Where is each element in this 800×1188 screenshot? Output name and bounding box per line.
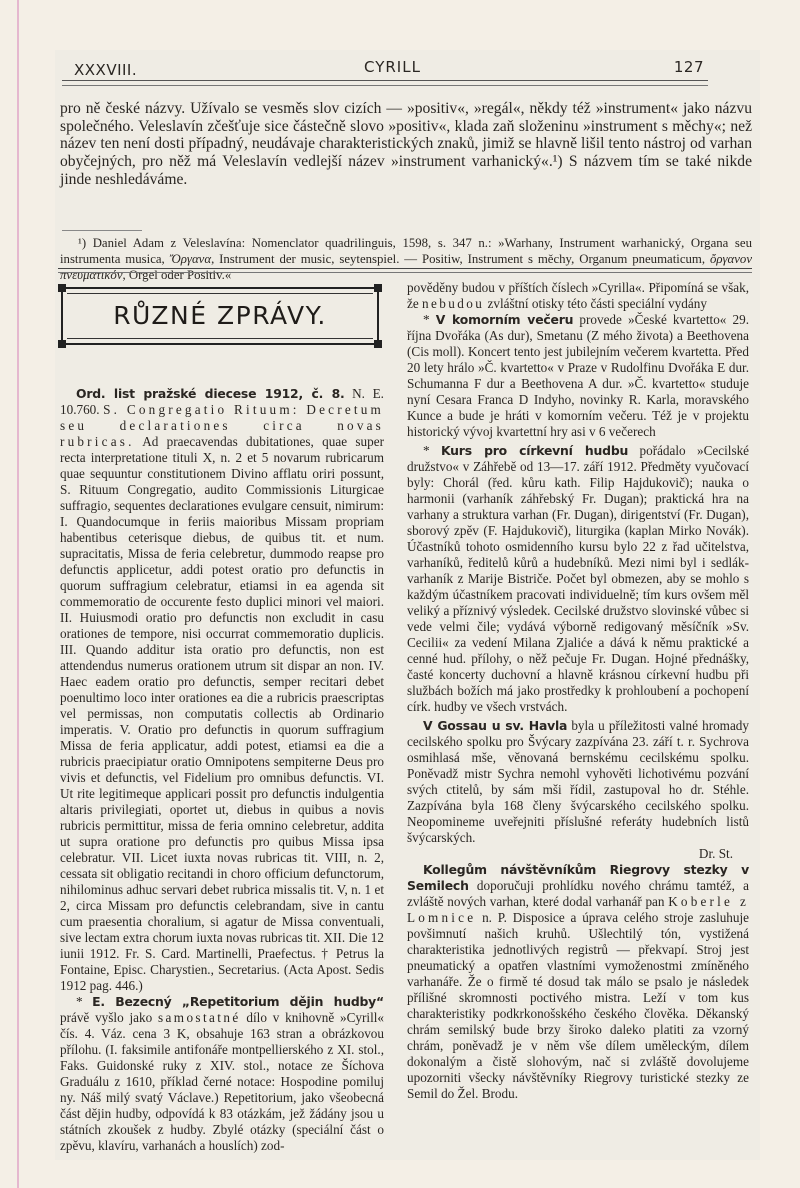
page-number: 127: [674, 58, 704, 76]
news-item-repetitorium: * E. Bezecný „Repetitorium dějin hudby“ …: [60, 994, 384, 1154]
section-title: RŮZNÉ ZPRÁVY.: [63, 301, 377, 330]
news-item-gossau: V Gossau u sv. Havla byla u příležitosti…: [407, 718, 749, 846]
news-item-decree: Ord. list pražské diecese 1912, č. 8. N.…: [60, 386, 384, 994]
section-divider: [58, 268, 752, 273]
running-header: XXXVIII. CYRILL 127: [62, 58, 708, 82]
footnote-divider: [62, 230, 142, 231]
box-inner-rule: [67, 338, 373, 339]
signature: Dr. St.: [407, 846, 749, 862]
corner-ornament: [374, 284, 382, 292]
footnote: ¹) Daniel Adam z Veleslavína: Nomenclato…: [60, 236, 752, 283]
item-heading: E. Bezecný „Repetitorium dějin hudby“: [92, 994, 384, 1009]
item-body: n. P. Disposice a úprava celého stroje z…: [407, 910, 749, 1101]
footnote-greek: Ὄργανα: [170, 252, 211, 266]
item-heading: Kurs pro církevní hudbu: [441, 443, 628, 458]
corner-ornament: [58, 340, 66, 348]
paragraph: pro ně české názvy. Užívalo se vesměs sl…: [60, 100, 752, 189]
item-body: Ad praecavendas dubitationes, quae super…: [60, 434, 384, 993]
item-heading: Ord. list pražské diecese 1912, č. 8.: [76, 386, 345, 401]
item-body: pořádalo »Cecilské družstvo« v Záhřebě o…: [407, 443, 749, 714]
item-body: dílo v knihovně »Cyrill« čís. 4. Váz. ce…: [60, 1010, 384, 1153]
news-item-chamber-evening: * V komorním večeru provede »České kvart…: [407, 312, 749, 440]
binding-margin-line: [17, 0, 19, 1188]
continued-text: pověděny budou v příštích číslech »Cyril…: [407, 280, 749, 312]
left-column: Ord. list pražské diecese 1912, č. 8. N.…: [60, 386, 384, 1154]
journal-title: CYRILL: [364, 58, 421, 76]
item-body: zvláštní otisky této části speciální vyd…: [484, 296, 707, 311]
item-body: provede »České kvartetto« 29. října Dvoř…: [407, 312, 749, 439]
header-rule: [62, 80, 708, 86]
right-column: pověděny budou v příštích číslech »Cyril…: [407, 280, 749, 1102]
item-body: byla u příležitosti valné hromady cecils…: [407, 718, 749, 845]
spaced-text: nebudou: [422, 296, 484, 311]
section-title-box: RŮZNÉ ZPRÁVY.: [61, 287, 379, 345]
article-continuation: pro ně české názvy. Užívalo se vesměs sl…: [60, 100, 752, 189]
item-body: právě vyšlo jako: [60, 1010, 158, 1025]
footnote-text: , Instrument der music, seytenspiel. — P…: [211, 252, 710, 266]
volume-number: XXXVIII.: [74, 61, 137, 79]
news-item-church-music-course: * Kurs pro církevní hudbu pořádalo »Ceci…: [407, 443, 749, 715]
item-marker: *: [423, 312, 436, 327]
box-inner-rule: [67, 293, 373, 294]
spaced-text: samostatné: [158, 1010, 241, 1025]
item-marker: *: [423, 443, 441, 458]
item-heading: V komorním večeru: [436, 312, 574, 327]
news-item-semily: Kollegům návštěvníkům Riegrovy stezky v …: [407, 862, 749, 1102]
corner-ornament: [58, 284, 66, 292]
corner-ornament: [374, 340, 382, 348]
item-heading: V Gossau u sv. Havla: [423, 718, 567, 733]
item-marker: *: [76, 994, 92, 1009]
